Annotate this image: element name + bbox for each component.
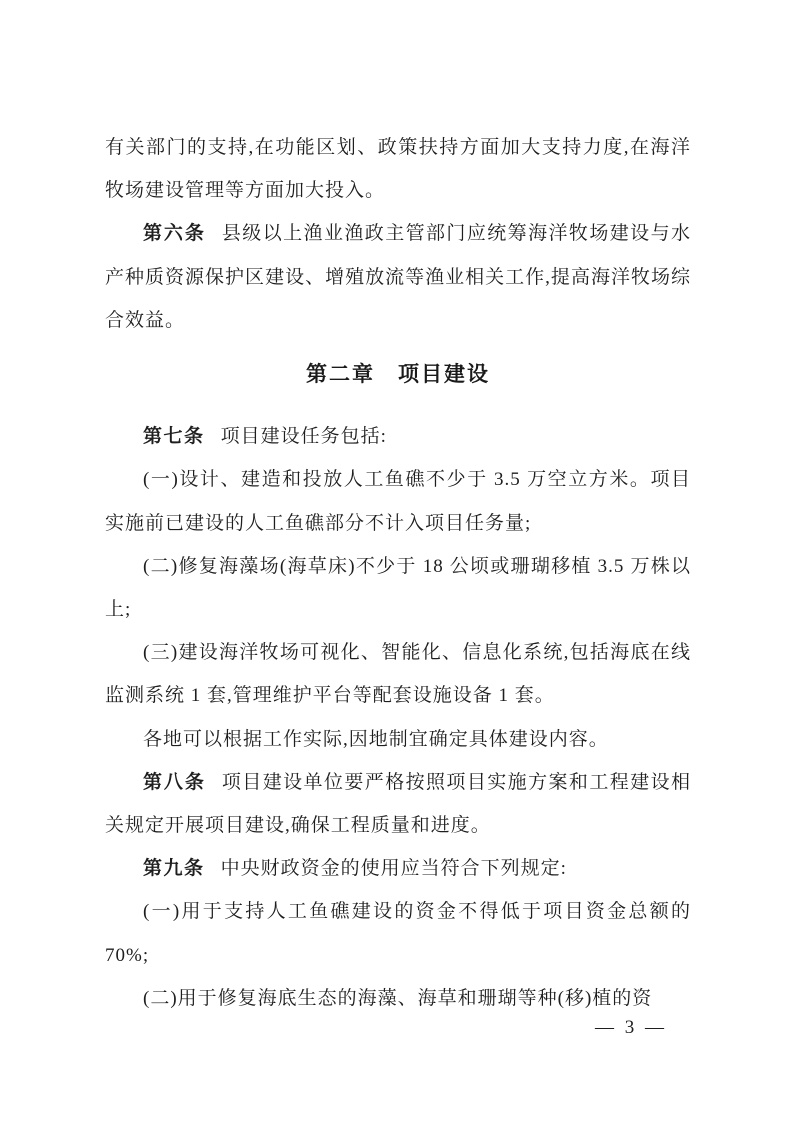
article-9-text: 中央财政资金的使用应当符合下列规定:: [221, 858, 567, 879]
document-body: 有关部门的支持,在功能区划、政策扶持方面加大支持力度,在海洋牧场建设管理等方面加…: [105, 126, 691, 1020]
article-6-paragraph: 第六条县级以上渔业渔政主管部门应统筹海洋牧场建设与水产种质资源保护区建设、增殖放…: [105, 212, 691, 342]
article-8-paragraph: 第八条项目建设单位要严格按照项目实施方案和工程建设相关规定开展项目建设,确保工程…: [105, 761, 691, 847]
page-number: — 3 —: [595, 1017, 667, 1039]
article-9-item-2: (二)用于修复海底生态的海藻、海草和珊瑚等种(移)植的资: [105, 977, 691, 1020]
article-9-number-label: 第九条: [143, 858, 205, 879]
article-7-text: 项目建设任务包括:: [221, 426, 387, 447]
chapter-2-heading: 第二章 项目建设: [105, 353, 691, 396]
article-9-item-1: (一)用于支持人工鱼礁建设的资金不得低于项目资金总额的 70%;: [105, 890, 691, 976]
article-7-paragraph: 第七条项目建设任务包括:: [105, 415, 691, 458]
article-7-number-label: 第七条: [143, 426, 205, 447]
document-page: 有关部门的支持,在功能区划、政策扶持方面加大支持力度,在海洋牧场建设管理等方面加…: [0, 0, 794, 1123]
article-7-item-2: (二)修复海藻场(海草床)不少于 18 公顷或珊瑚移植 3.5 万株以上;: [105, 545, 691, 631]
article-8-number-label: 第八条: [143, 772, 206, 793]
paragraph-continuation: 有关部门的支持,在功能区划、政策扶持方面加大支持力度,在海洋牧场建设管理等方面加…: [105, 126, 691, 212]
article-9-paragraph: 第九条中央财政资金的使用应当符合下列规定:: [105, 847, 691, 890]
paragraph-note: 各地可以根据工作实际,因地制宜确定具体建设内容。: [105, 718, 691, 761]
article-7-item-1: (一)设计、建造和投放人工鱼礁不少于 3.5 万空立方米。项目实施前已建设的人工…: [105, 458, 691, 544]
article-6-number-label: 第六条: [143, 223, 206, 244]
article-7-item-3: (三)建设海洋牧场可视化、智能化、信息化系统,包括海底在线监测系统 1 套,管理…: [105, 631, 691, 717]
